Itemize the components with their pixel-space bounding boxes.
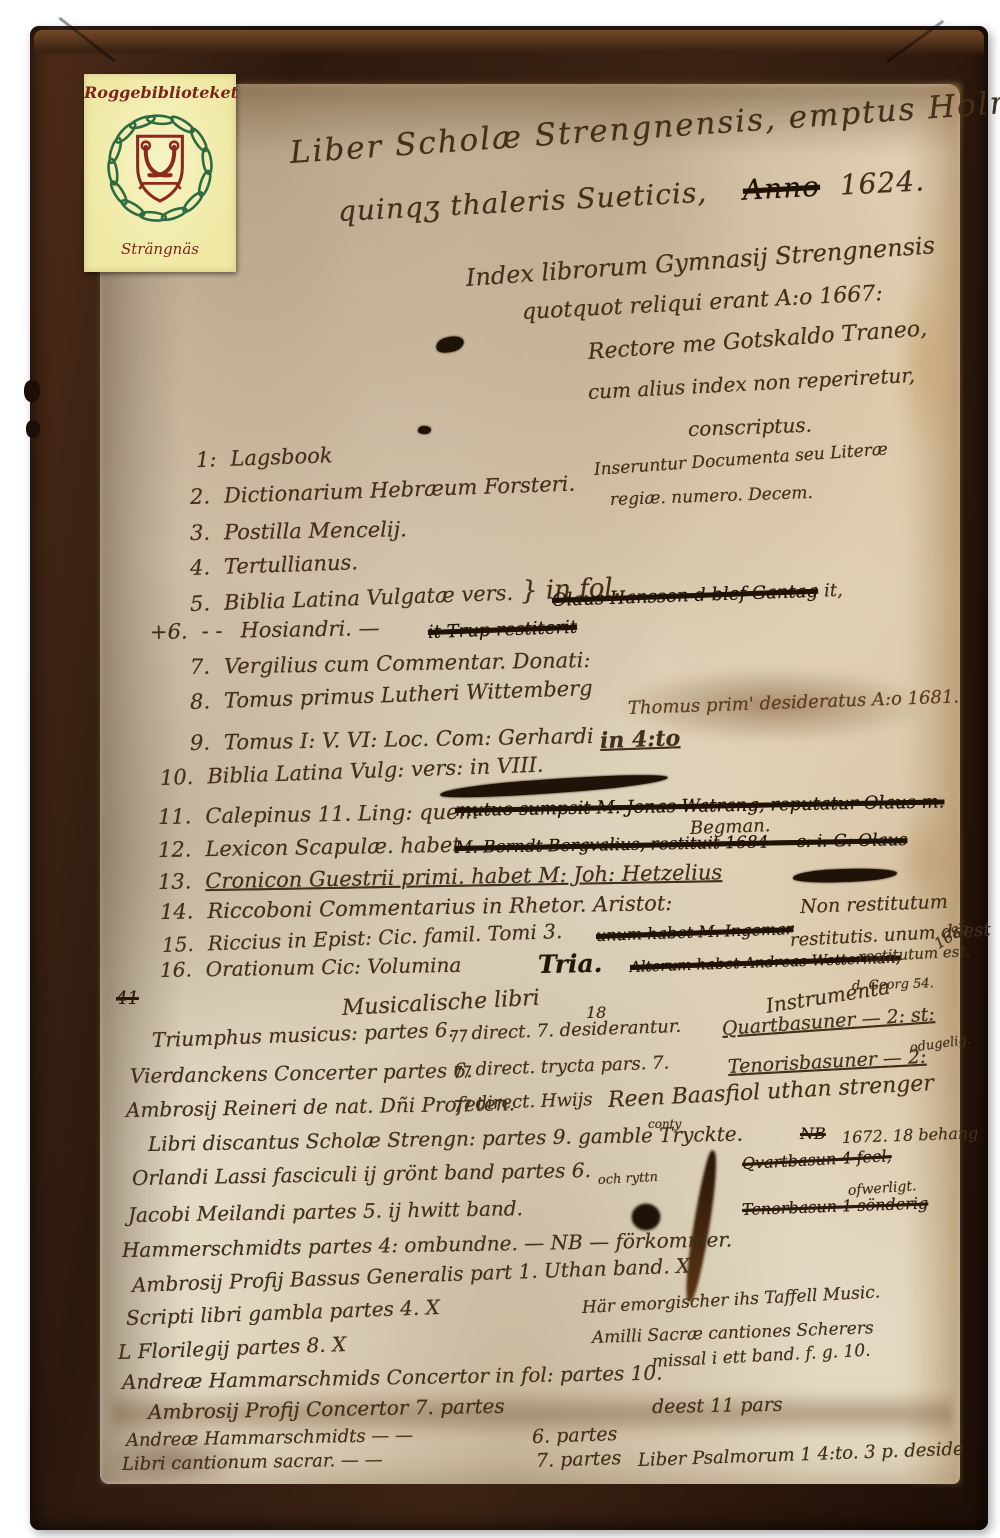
music-item-mid: och ryttn	[598, 1171, 659, 1187]
marginal-note: Non restitutum	[800, 893, 948, 917]
item-title: Lagsbook	[230, 443, 333, 471]
item-title: Lexicon Scapulæ. habet	[205, 833, 461, 861]
format-note: in 4:to	[600, 727, 681, 752]
ditto-dashes: - -	[201, 619, 222, 643]
item-number: 11.	[158, 806, 192, 828]
note-text: Begman.	[690, 815, 771, 839]
item-number: 7.	[190, 657, 210, 678]
index-item: 11.Calepinus 11. Ling: quem	[158, 801, 479, 828]
text-segment: conscriptus.	[688, 413, 813, 441]
manuscript-photo: Roggebiblioteket	[0, 0, 1000, 1538]
text-segment: och ryttn	[598, 1170, 659, 1188]
music-item-mid: ⁊⁊ direct. Hwijs	[452, 1091, 593, 1114]
music-item: Andreæ Hammarschmidts — —	[126, 1427, 413, 1450]
index-item: 16.Orationum Cic: Volumina	[160, 955, 462, 980]
music-item-note: deest 11 pars	[652, 1396, 783, 1417]
bookplate: Roggebiblioteket	[84, 74, 236, 272]
music-item: Ambrosij Profij Concertor 7. partes	[148, 1396, 505, 1422]
struck-text: NB	[800, 1124, 826, 1143]
header-line-7: conscriptus.	[688, 415, 813, 439]
ink-blot	[632, 1204, 660, 1230]
music-item: Libri cantionum sacrar. — —	[122, 1451, 383, 1474]
item-number: 16.	[160, 959, 192, 980]
music-item: Vierdanckens Concerter partes 6.	[130, 1060, 473, 1086]
item-title: Orationum Cic: Volumina	[206, 953, 462, 981]
note-text: 7. partes	[536, 1447, 622, 1472]
item-number: 4.	[190, 557, 211, 579]
index-item: 12.Lexicon Scapulæ. habet	[158, 835, 461, 861]
item-number: 8.	[190, 691, 211, 713]
bookplate-emblem	[101, 108, 219, 238]
leather-top-edge	[34, 30, 984, 56]
item-number: 12.	[158, 839, 192, 861]
item-title: Tertullianus.	[224, 550, 359, 579]
index-item: 3.Postilla Mencelij.	[190, 519, 407, 544]
item-number: 10.	[160, 767, 194, 789]
item-title: Hosiandri. —	[240, 616, 379, 642]
struck-text: Anno	[742, 170, 821, 207]
bookplate-library-name: Roggebiblioteket	[84, 83, 236, 102]
bookplate-city: Strängnäs	[84, 240, 236, 258]
item-number: 9.	[190, 733, 210, 754]
item-number: +6.	[150, 621, 188, 643]
item-number: 13.	[158, 871, 192, 893]
music-item-note: 7. partes	[536, 1449, 622, 1471]
item-number: 14.	[160, 901, 194, 923]
ink-blot	[418, 426, 431, 434]
text-segment: it,	[824, 580, 843, 602]
item-number: 3.	[190, 523, 210, 544]
music-item-note: NB	[800, 1126, 826, 1142]
note-text: deest 11 pars	[652, 1394, 783, 1418]
music-item-note: 6. partes	[532, 1425, 618, 1447]
wreath-shield-horns-icon	[101, 108, 219, 234]
music-item: Jacobi Meilandi partes 5. ij hwitt band.	[128, 1198, 523, 1225]
correction-note: Begman.	[690, 817, 771, 838]
music-item-note: 1672. 18 behang	[842, 1125, 979, 1146]
correction-bold: Tria.	[538, 951, 603, 977]
text-segment: 1624.	[839, 164, 926, 201]
clasp-remnant	[26, 420, 40, 438]
struck-text: 41	[116, 988, 139, 1009]
item-title: Calepinus 11. Ling: quem	[205, 799, 479, 828]
item-number: 5.	[190, 593, 211, 615]
item-number: 2.	[190, 486, 211, 508]
margin-mark: 41	[116, 990, 139, 1008]
clasp-remnant	[24, 380, 40, 402]
item-title: Postilla Mencelij.	[224, 517, 407, 544]
item-number: 15.	[162, 934, 194, 955]
text-segment: Tria.	[538, 949, 603, 979]
index-item: 1:Lagsbook	[196, 445, 333, 471]
index-item-strike: it Trup restiterit	[428, 619, 578, 642]
item-number: 1:	[196, 449, 217, 471]
text-segment: in 4:to	[600, 725, 681, 754]
index-item: 4.Tertullianus.	[190, 552, 359, 579]
note-text: 6. partes	[532, 1423, 618, 1448]
index-item: +6.- -Hosiandri. —	[150, 618, 380, 643]
